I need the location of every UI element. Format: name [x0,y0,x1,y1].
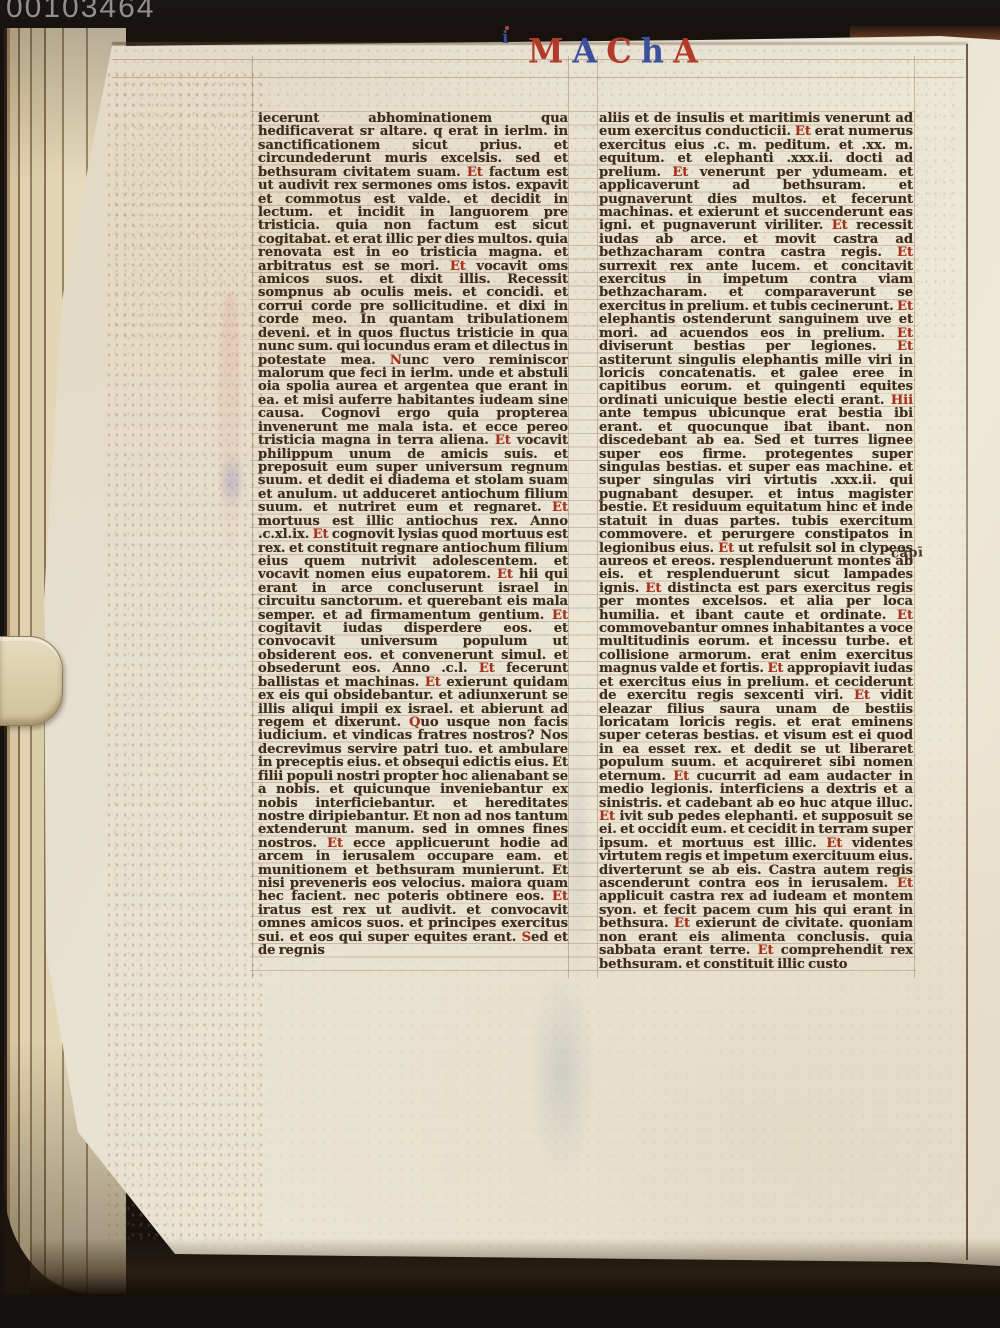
manuscript-photo: 00103464 i MAChA iecerunt abhominationem… [0,0,1000,1328]
running-title-letter: h [641,33,664,69]
catalog-number: 00103464 [6,0,155,25]
running-title-letter: A [572,33,597,69]
body-text: ante tempus ubicunque erat bestia ibi er… [599,406,913,555]
blue-stain [219,452,245,510]
black-border-bottom [0,1296,1000,1328]
text-column-left: iecerunt abhominationem qua hedificavera… [258,112,568,974]
column-rule-right-inner [597,56,598,978]
running-title: MAChA [528,34,698,68]
running-title-letter: M [528,33,563,69]
column-rule-left-outer [252,56,253,978]
gutter-crease [966,44,968,1260]
running-title-letter: A [673,33,698,69]
body-text: factum est ut audivit rex sermones oms i… [258,165,568,274]
text-column-right: aliis et de insulis et maritimis venerun… [599,112,913,974]
red-offset-stain [219,292,241,550]
column-rule-right-outer [914,56,915,978]
running-title-letter: C [606,33,631,69]
column-rule-left-inner [568,56,569,978]
margin-note: ʼcāpī [886,545,924,561]
rubric-initial: S [522,930,531,945]
quire-mark: i [502,28,508,48]
page-bottom-shadow [30,1238,1000,1300]
body-text: astiterunt singulis elephantis mille vir… [599,353,913,408]
top-ruling-line-2 [112,77,964,78]
fore-edge-tab [0,636,63,726]
gutter-stain [530,968,594,1178]
body-text: surrexit rex ante lucem. et concitavit e… [599,259,913,314]
body-text: vocavit oms amicos suos. et dixit illis.… [258,259,568,368]
body-text: uo usque non facis iudicium. et vindicas… [258,715,568,851]
body-text: elephantis ostenderunt sanguinem uve et … [599,312,913,340]
